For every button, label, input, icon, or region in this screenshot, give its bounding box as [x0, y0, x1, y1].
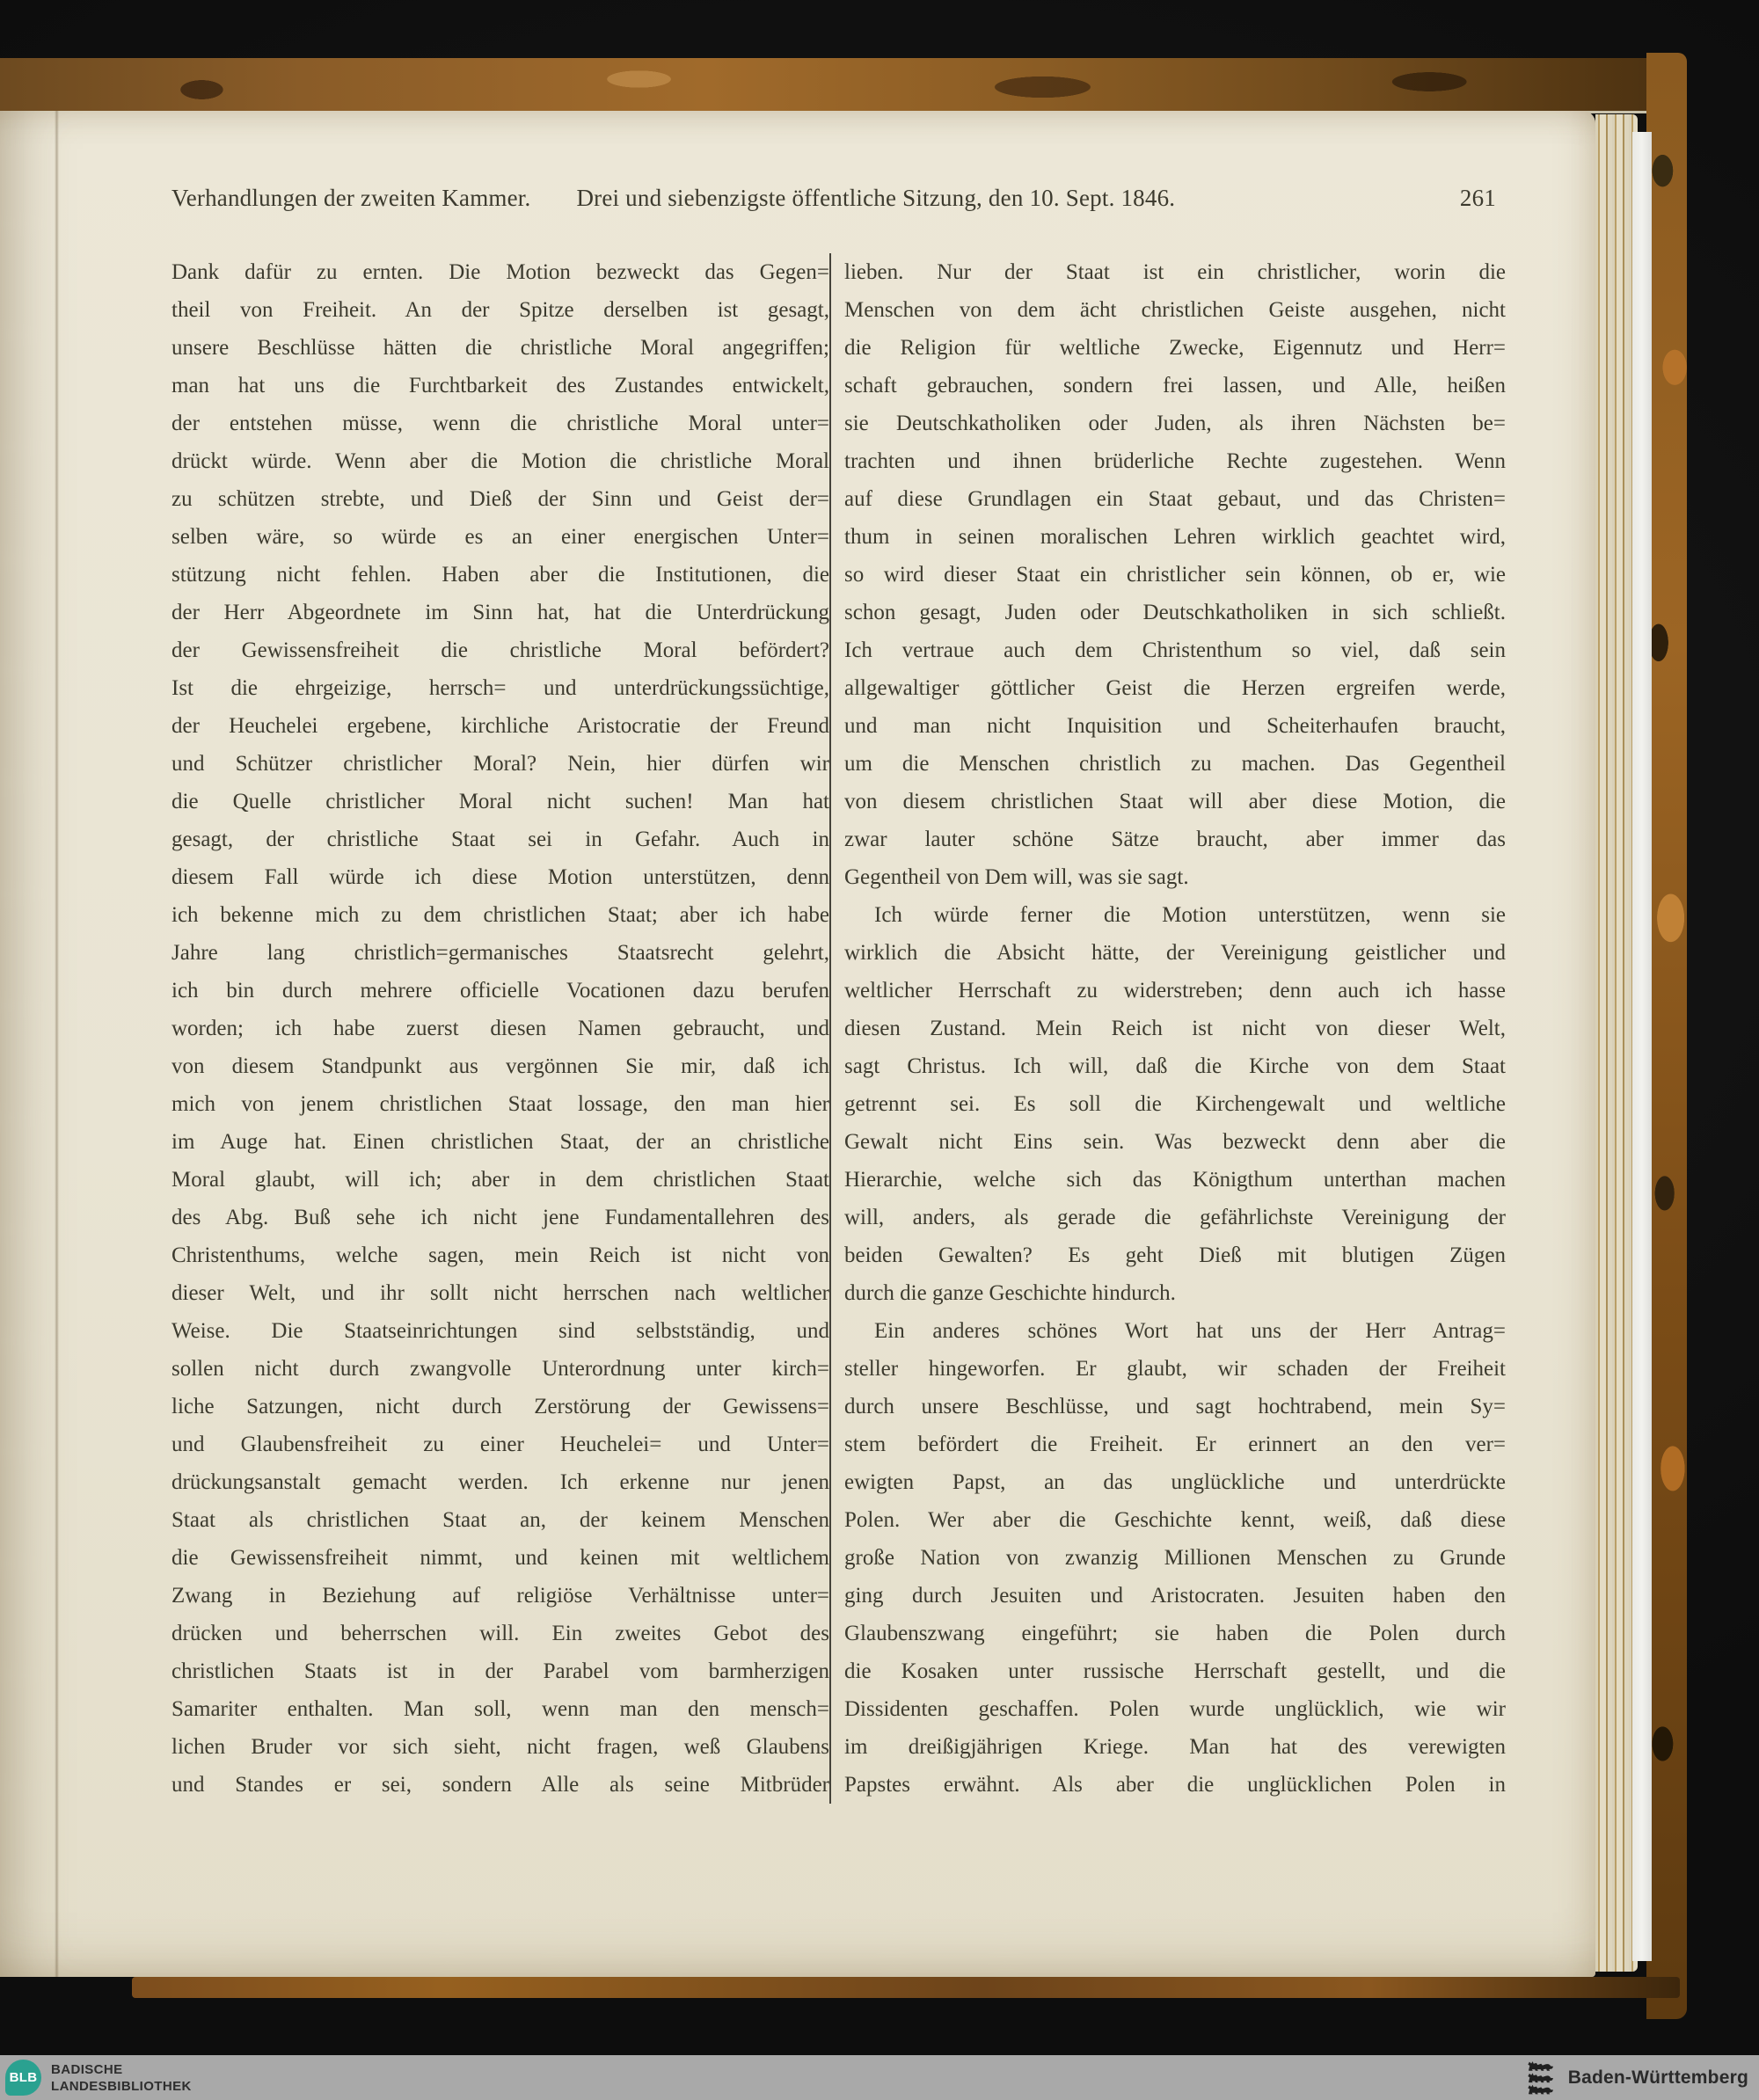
text-line: Polen. Wer aber die Geschichte kennt, we… [844, 1501, 1506, 1539]
text-line: wirklich die Absicht hätte, der Vereinig… [844, 934, 1506, 972]
text-line: ich bekenne mich zu dem christlichen Sta… [172, 896, 829, 934]
text-line: lichen Bruder vor sich sieht, nicht frag… [172, 1728, 829, 1766]
text-line: im dreißigjährigen Kriege. Man hat des v… [844, 1728, 1506, 1766]
text-line: und Schützer christlicher Moral? Nein, h… [172, 745, 829, 783]
page-stack-fore-edge [1595, 114, 1638, 1972]
right-column: lieben. Nur der Staat ist ein christlich… [829, 253, 1506, 1804]
text-line: sagt Christus. Ich will, daß die Kirche … [844, 1047, 1506, 1085]
text-line: Gegentheil von Dem will, was sie sagt. [844, 858, 1506, 896]
text-line: getrennt sei. Es soll die Kirchengewalt … [844, 1085, 1506, 1123]
text-line: weltlicher Herrschaft zu widerstreben; d… [844, 972, 1506, 1010]
book-cover-bottom-edge [132, 1977, 1680, 1998]
text-line: drückt würde. Wenn aber die Motion die c… [172, 442, 829, 480]
text-line: auf diese Grundlagen ein Staat gebaut, u… [844, 480, 1506, 518]
text-line: steller hingeworfen. Er glaubt, wir scha… [844, 1350, 1506, 1388]
text-line: unsere Beschlüsse hätten die christliche… [172, 329, 829, 367]
text-line: drücken und beherrschen will. Ein zweite… [172, 1615, 829, 1652]
text-line: dieser Welt, und ihr sollt nicht herrsch… [172, 1274, 829, 1312]
text-line: stem befördert die Freiheit. Er erinnert… [844, 1426, 1506, 1463]
text-line: Samariter enthalten. Man soll, wenn man … [172, 1690, 829, 1728]
text-line: man hat uns die Furchtbarkeit des Zustan… [172, 367, 829, 405]
text-line: der Heuchelei ergebene, kirchliche Arist… [172, 707, 829, 745]
text-line: ging durch Jesuiten und Aristocraten. Je… [844, 1577, 1506, 1615]
text-line: stützung nicht fehlen. Haben aber die In… [172, 556, 829, 594]
text-line: um die Menschen christlich zu machen. Da… [844, 745, 1506, 783]
text-line: der Gewissensfreiheit die christliche Mo… [172, 631, 829, 669]
text-line: die Gewissensfreiheit nimmt, und keinen … [172, 1539, 829, 1577]
text-line: die Quelle christlicher Moral nicht such… [172, 783, 829, 820]
text-line: Zwang in Beziehung auf religiöse Verhält… [172, 1577, 829, 1615]
text-line: diesen Zustand. Mein Reich ist nicht von… [844, 1010, 1506, 1047]
state-name: Baden-Württemberg [1568, 2067, 1748, 2089]
blb-logo-text: BLB [10, 2070, 38, 2085]
text-line: Staat als christlichen Staat an, der kei… [172, 1501, 829, 1539]
text-line: so wird dieser Staat ein christlicher se… [844, 556, 1506, 594]
text-line: sollen nicht durch zwangvolle Unterordnu… [172, 1350, 829, 1388]
state-branding: Baden-Württemberg [1524, 2055, 1748, 2100]
text-line: diesem Fall würde ich diese Motion unter… [172, 858, 829, 896]
library-footer-bar: BLB BADISCHE LANDESBIBLIOTHEK Baden-Würt… [0, 2055, 1759, 2100]
blb-logo: BLB [5, 2060, 41, 2096]
text-line: zu schützen strebte, und Dieß der Sinn u… [172, 480, 829, 518]
text-line: Hierarchie, welche sich das Königthum un… [844, 1161, 1506, 1199]
text-line: trachten und ihnen brüderliche Rechte zu… [844, 442, 1506, 480]
text-line: gesagt, der christliche Staat sei in Gef… [172, 820, 829, 858]
text-line: von diesem christlichen Staat will aber … [844, 783, 1506, 820]
library-name-line1: BADISCHE [51, 2061, 192, 2078]
left-column: Dank dafür zu ernten. Die Motion bezweck… [172, 253, 829, 1804]
text-columns: Dank dafür zu ernten. Die Motion bezweck… [172, 253, 1506, 1804]
text-line: Ist die ehrgeizige, herrsch= und unterdr… [172, 669, 829, 707]
text-line: worden; ich habe zuerst diesen Namen geb… [172, 1010, 829, 1047]
text-line: des Abg. Buß sehe ich nicht jene Fundame… [172, 1199, 829, 1236]
text-line: lieben. Nur der Staat ist ein christlich… [844, 253, 1506, 291]
text-line: Ein anderes schönes Wort hat uns der Her… [844, 1312, 1506, 1350]
text-line: Menschen von dem ächt christlichen Geist… [844, 291, 1506, 329]
text-line: Gewalt nicht Eins sein. Was bezweckt den… [844, 1123, 1506, 1161]
coat-of-arms-icon [1524, 2060, 1558, 2096]
text-line: mich von jenem christlichen Staat lossag… [172, 1085, 829, 1123]
text-line: allgewaltiger göttlicher Geist die Herze… [844, 669, 1506, 707]
text-line: thum in seinen moralischen Lehren wirkli… [844, 518, 1506, 556]
text-line: christlichen Staats ist in der Parabel v… [172, 1652, 829, 1690]
text-line: und Glaubensfreiheit zu einer Heuchelei=… [172, 1426, 829, 1463]
text-line: Dissidenten geschaffen. Polen wurde ungl… [844, 1690, 1506, 1728]
header-session-title: Drei und siebenzigste öffentliche Sitzun… [576, 185, 1175, 212]
text-line: Glaubenszwang eingeführt; sie haben die … [844, 1615, 1506, 1652]
page-number: 261 [1460, 185, 1501, 212]
text-line: Christenthums, welche sagen, mein Reich … [172, 1236, 829, 1274]
book-marbled-board-edge [1646, 53, 1687, 2019]
text-line: Ich würde ferner die Motion unterstützen… [844, 896, 1506, 934]
text-line: theil von Freiheit. An der Spitze dersel… [172, 291, 829, 329]
text-line: will, anders, als gerade die gefährlichs… [844, 1199, 1506, 1236]
text-line: Jahre lang christlich=germanisches Staat… [172, 934, 829, 972]
text-line: Moral glaubt, will ich; aber in dem chri… [172, 1161, 829, 1199]
text-line: ich bin durch mehrere officielle Vocatio… [172, 972, 829, 1010]
text-line: schaft gebrauchen, sondern frei lassen, … [844, 367, 1506, 405]
page-gutter-crease [55, 111, 59, 1977]
text-line: Ich vertraue auch dem Christenthum so vi… [844, 631, 1506, 669]
text-line: und Standes er sei, sondern Alle als sei… [172, 1766, 829, 1804]
text-line: durch die ganze Geschichte hindurch. [844, 1274, 1506, 1312]
library-name-line2: LANDESBIBLIOTHEK [51, 2078, 192, 2095]
text-line: zwar lauter schöne Sätze braucht, aber i… [844, 820, 1506, 858]
library-name: BADISCHE LANDESBIBLIOTHEK [51, 2061, 192, 2095]
text-line: ewigten Papst, an das unglückliche und u… [844, 1463, 1506, 1501]
text-line: liche Satzungen, nicht durch Zerstörung … [172, 1388, 829, 1426]
text-line: von diesem Standpunkt aus vergönnen Sie … [172, 1047, 829, 1085]
text-line: beiden Gewalten? Es geht Dieß mit blutig… [844, 1236, 1506, 1274]
text-line: große Nation von zwanzig Millionen Mensc… [844, 1539, 1506, 1577]
page-header: Verhandlungen der zweiten Kammer. Drei u… [172, 185, 1501, 212]
text-line: Weise. Die Staatseinrichtungen sind selb… [172, 1312, 829, 1350]
text-line: die Religion für weltliche Zwecke, Eigen… [844, 329, 1506, 367]
text-line: im Auge hat. Einen christlichen Staat, d… [172, 1123, 829, 1161]
page-stack-white-edge [1632, 132, 1652, 1961]
text-line: und man nicht Inquisition und Scheiterha… [844, 707, 1506, 745]
text-line: selben wäre, so würde es an einer energi… [172, 518, 829, 556]
text-line: der Herr Abgeordnete im Sinn hat, hat di… [172, 594, 829, 631]
text-line: Papstes erwähnt. Als aber die unglücklic… [844, 1766, 1506, 1804]
book-cover-top-edge [0, 58, 1682, 113]
header-chamber-title: Verhandlungen der zweiten Kammer. [172, 185, 530, 212]
text-line: die Kosaken unter russische Herrschaft g… [844, 1652, 1506, 1690]
text-line: sie Deutschkatholiken oder Juden, als ih… [844, 405, 1506, 442]
text-line: drückungsanstalt gemacht werden. Ich erk… [172, 1463, 829, 1501]
viewer-background: Verhandlungen der zweiten Kammer. Drei u… [0, 0, 1759, 2100]
text-line: Dank dafür zu ernten. Die Motion bezweck… [172, 253, 829, 291]
text-line: schon gesagt, Juden oder Deutschkatholik… [844, 594, 1506, 631]
text-line: durch unsere Beschlüsse, und sagt hochtr… [844, 1388, 1506, 1426]
text-line: der entstehen müsse, wenn die christlich… [172, 405, 829, 442]
